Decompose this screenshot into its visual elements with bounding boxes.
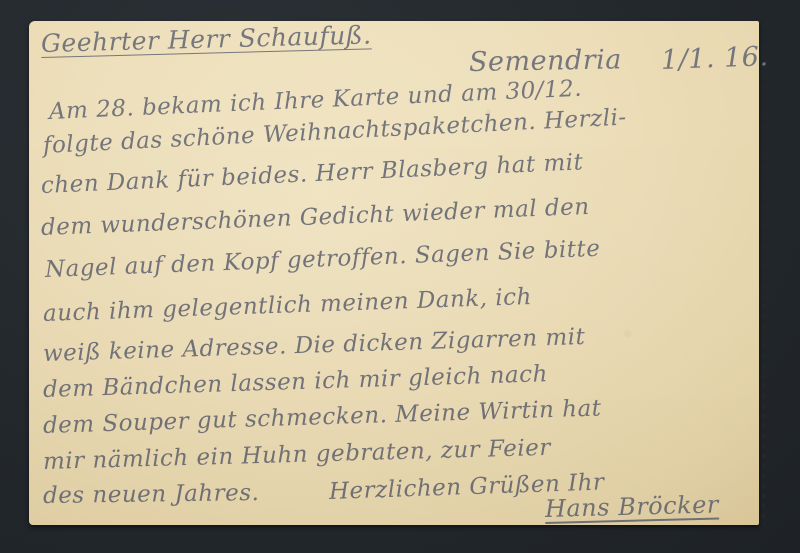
date: 1/1. 16.: [660, 41, 769, 76]
body-line: des neuen Jahres.: [43, 480, 260, 509]
body-line: dem wunderschönen Gedicht wieder mal den: [41, 194, 591, 241]
body-line: chen Dank für beides. Herr Blasberg hat …: [40, 149, 583, 199]
body-line: weiß keine Adresse. Die dicken Zigarren …: [43, 324, 586, 367]
salutation: Geehrter Herr Schaufuß.: [41, 20, 372, 58]
perforated-edge: [757, 21, 765, 525]
signature: Hans Bröcker: [545, 490, 720, 523]
body-line: dem Souper gut schmecken. Meine Wirtin h…: [43, 395, 602, 439]
body-line: Nagel auf den Kopf getroffen. Sagen Sie …: [45, 236, 601, 283]
body-line: dem Bändchen lassen ich mir gleich nach: [43, 361, 549, 403]
postcard: Geehrter Herr Schaufuß. Semendria 1/1. 1…: [29, 21, 759, 525]
body-line: auch ihm gelegentlich meinen Dank, ich: [43, 284, 533, 327]
body-line: mir nämlich ein Huhn gebraten, zur Feier: [43, 435, 552, 475]
place: Semendria: [469, 44, 622, 78]
